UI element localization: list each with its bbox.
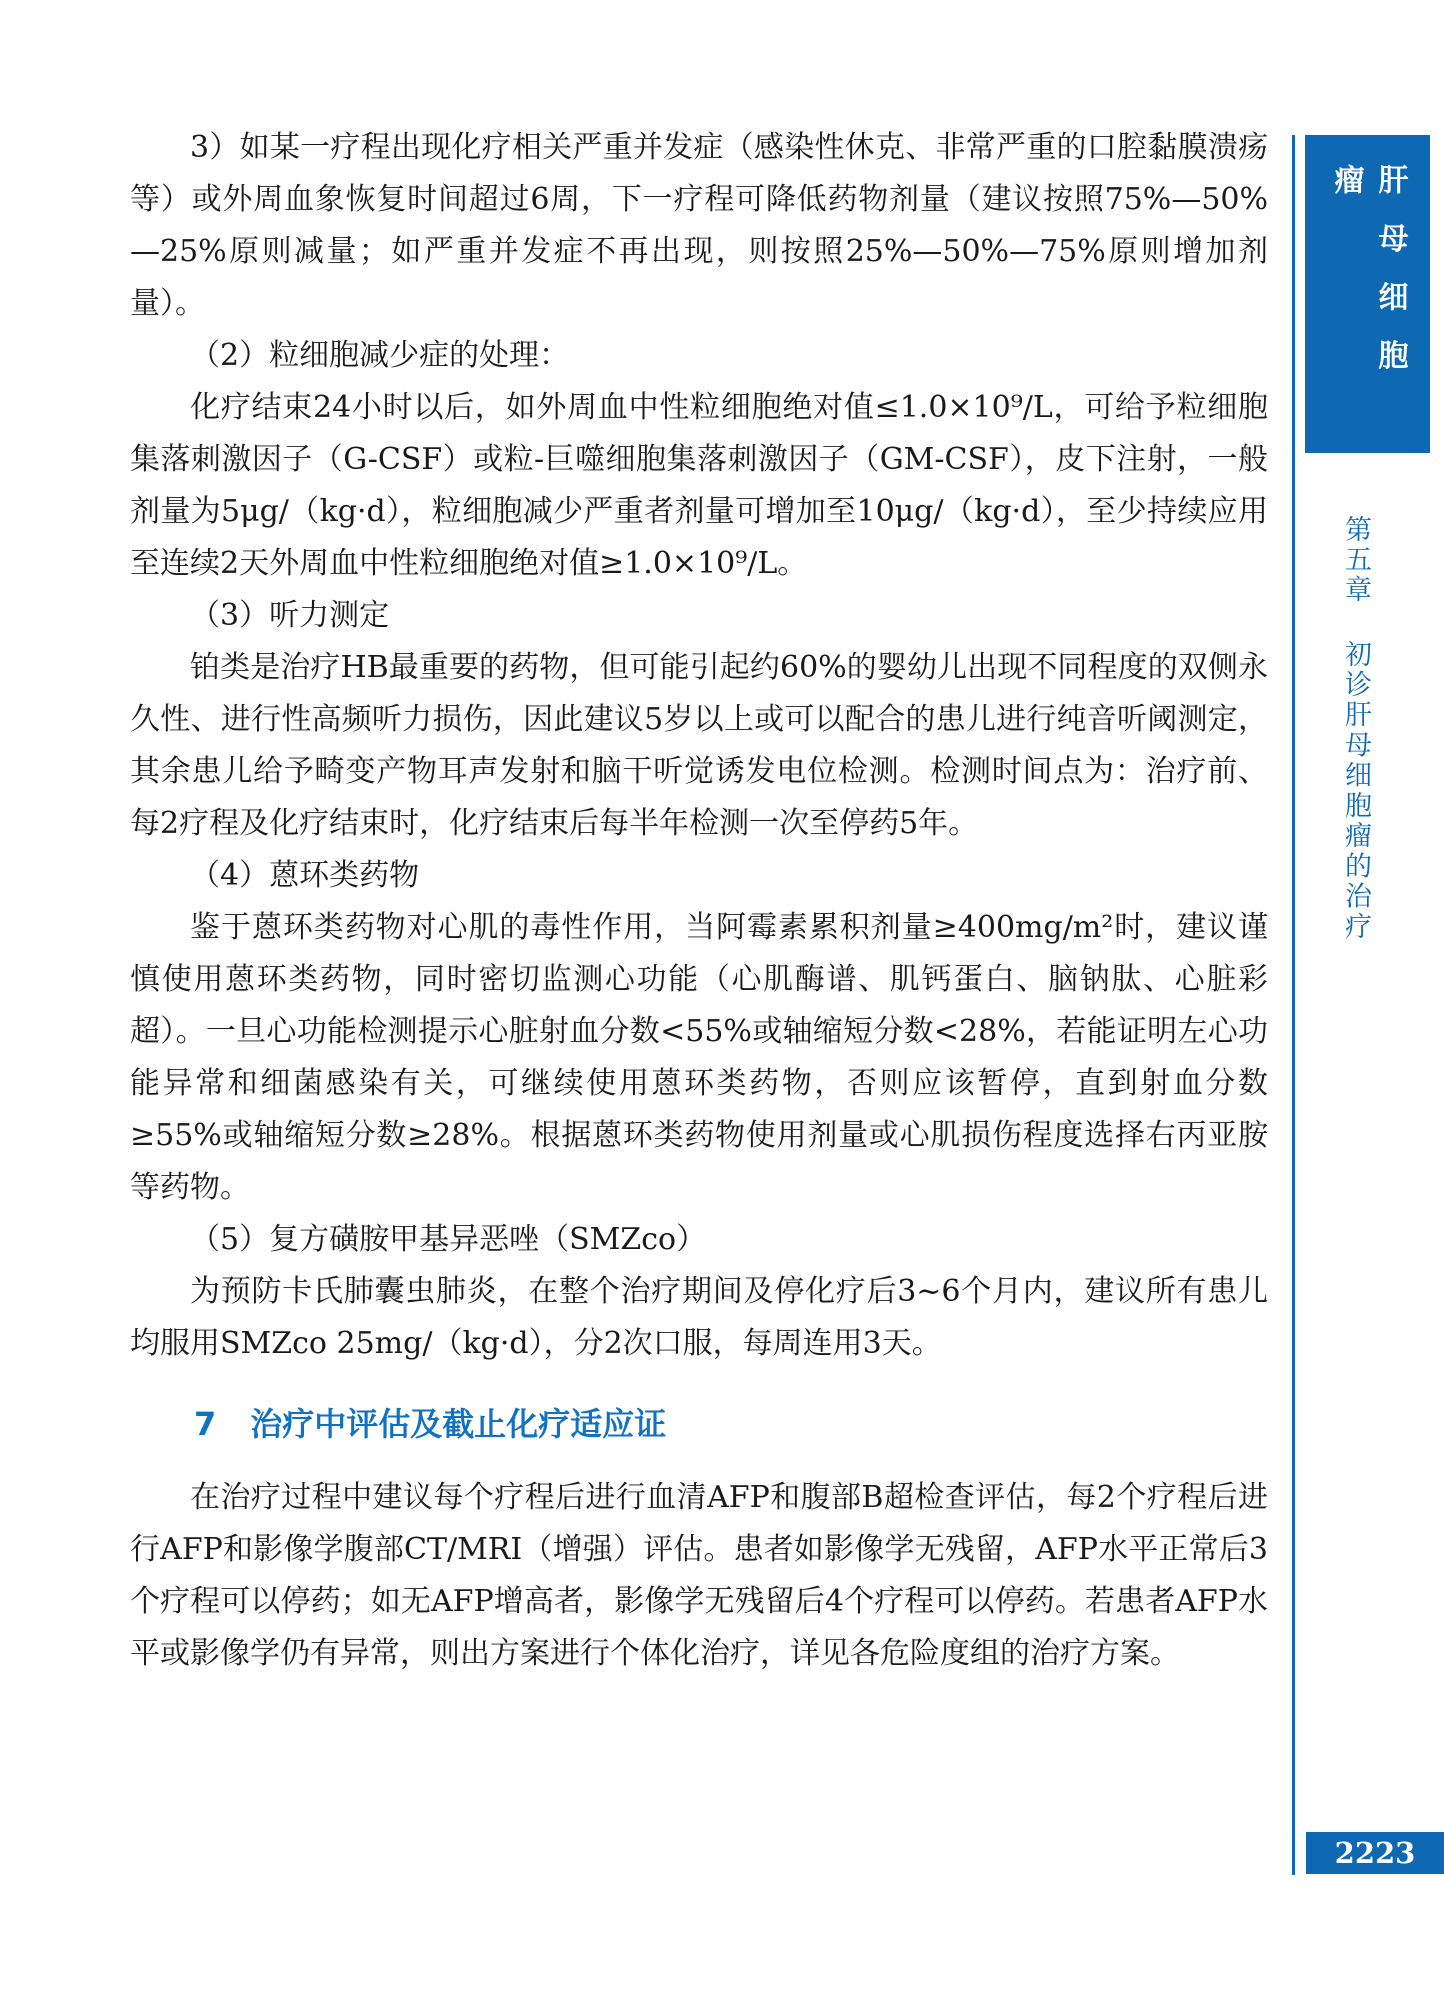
body-paragraph: （2）粒细胞减少症的处理：: [130, 330, 1268, 382]
body-paragraph: 3）如某一疗程出现化疗相关严重并发症（感染性休克、非常严重的口腔黏膜溃疡等）或外…: [130, 122, 1268, 330]
sidebar-disease-tab: 肝母细胞瘤: [1305, 135, 1430, 453]
body-paragraph: 鉴于蒽环类药物对心肌的毒性作用，当阿霉素累积剂量≥400mg/m²时，建议谨慎使…: [130, 902, 1268, 1214]
body-paragraph: （3）听力测定: [130, 590, 1268, 642]
body-paragraph: 铂类是治疗HB最重要的药物，但可能引起约60%的婴幼儿出现不同程度的双侧永久性、…: [130, 642, 1268, 850]
section-number: 7: [194, 1405, 216, 1443]
body-paragraph: 化疗结束24小时以后，如外周血中性粒细胞绝对值≤1.0×10⁹/L，可给予粒细胞…: [130, 382, 1268, 590]
sidebar-chapter-label: 第五章初诊肝母细胞瘤的治疗: [1336, 515, 1375, 1415]
body-paragraph: 在治疗过程中建议每个疗程后进行血清AFP和腹部B超检查评估，每2个疗程后进行AF…: [130, 1472, 1268, 1680]
main-text-column: 3）如某一疗程出现化疗相关严重并发症（感染性休克、非常严重的口腔黏膜溃疡等）或外…: [130, 122, 1268, 1680]
chapter-number: 第五章: [1340, 515, 1371, 606]
sidebar-tab-label: 肝母细胞瘤: [1324, 135, 1412, 453]
book-page: 3）如某一疗程出现化疗相关严重并发症（感染性休克、非常严重的口腔黏膜溃疡等）或外…: [0, 0, 1444, 2010]
body-paragraph: （4）蒽环类药物: [130, 850, 1268, 902]
sidebar-vertical-rule: [1292, 135, 1295, 1875]
page-number: 2223: [1335, 1836, 1416, 1870]
body-paragraph: 为预防卡氏肺囊虫肺炎，在整个治疗期间及停化疗后3~6个月内，建议所有患儿均服用S…: [130, 1266, 1268, 1370]
chapter-title: 初诊肝母细胞瘤的治疗: [1340, 640, 1371, 942]
section-heading: 7治疗中评估及截止化疗适应证: [130, 1396, 1268, 1452]
body-paragraph: （5）复方磺胺甲基异恶唑（SMZco）: [130, 1214, 1268, 1266]
section-title: 治疗中评估及截止化疗适应证: [250, 1405, 666, 1443]
page-number-box: 2223: [1306, 1832, 1444, 1874]
